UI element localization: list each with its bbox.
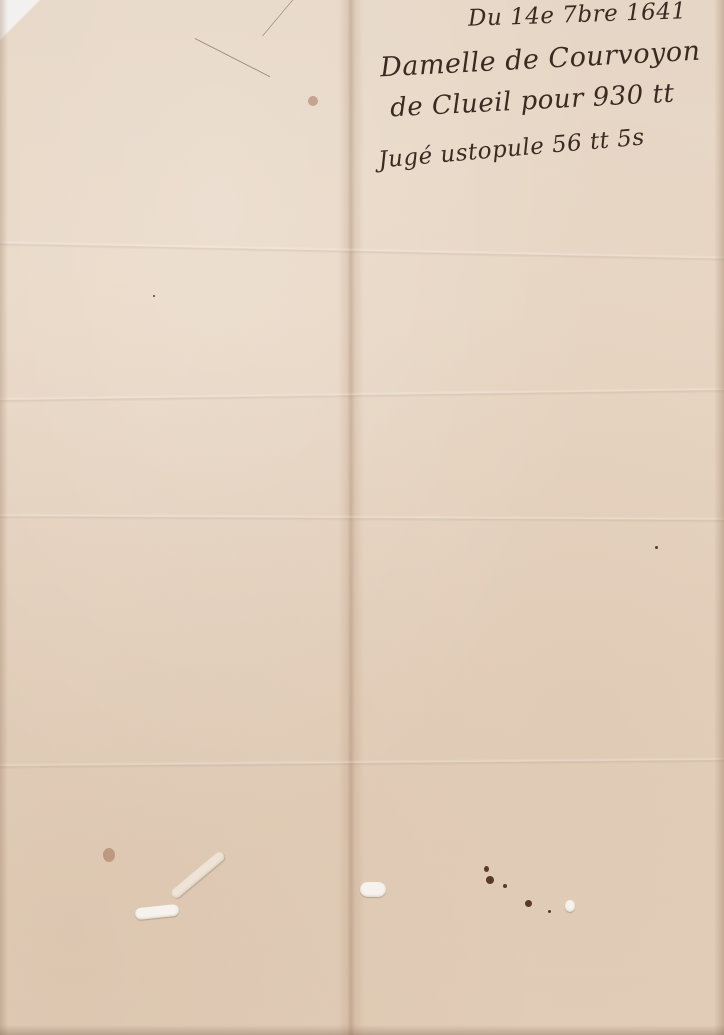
wax-residue <box>565 900 575 912</box>
bottom-edge-shadow <box>0 1025 724 1035</box>
corner-fold-crease <box>195 0 270 77</box>
wax-residue <box>170 850 227 900</box>
ink-spot <box>525 900 532 907</box>
annotation-name-line: Damelle de Courvoyon <box>379 36 701 84</box>
corner-fold-crease-2 <box>262 0 329 36</box>
annotation-date-line: Du 14e 7bre 1641 <box>468 0 687 32</box>
manuscript-page: Du 14e 7bre 1641 Damelle de Courvoyon de… <box>0 0 724 1035</box>
left-edge-shadow <box>0 0 8 1035</box>
ink-spot <box>486 876 494 884</box>
ink-spot <box>503 884 507 888</box>
ink-spot <box>153 295 155 297</box>
annotation-amount-line: de Clueil pour 930 tt <box>389 79 675 124</box>
stain <box>103 848 115 862</box>
annotation-judgment-line: Jugé ustopule 56 tt 5s <box>377 124 645 173</box>
ink-spot <box>548 910 551 913</box>
wax-residue <box>360 882 386 897</box>
wax-residue <box>134 904 179 921</box>
right-edge-shadow <box>714 0 724 1035</box>
ink-spot <box>484 866 489 872</box>
stain <box>308 96 318 106</box>
ink-spot <box>655 546 658 549</box>
